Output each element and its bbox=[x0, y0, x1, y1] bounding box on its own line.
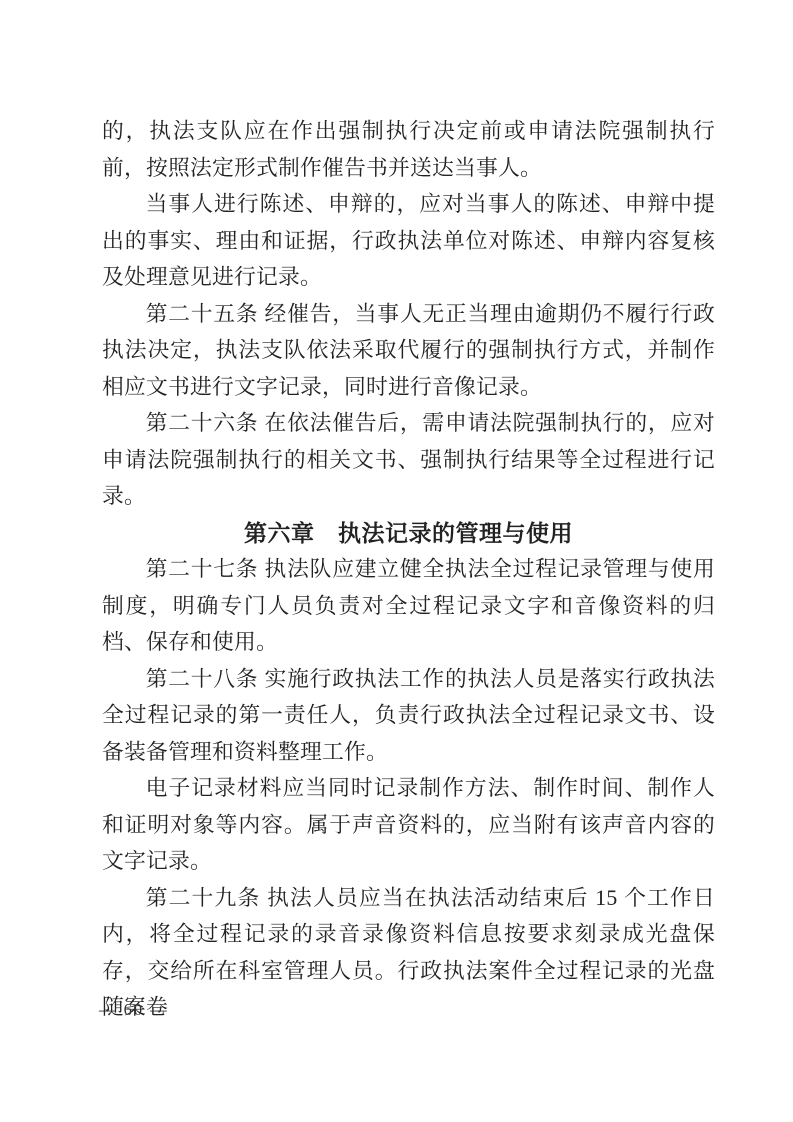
document-content: 的，执法支队应在作出强制执行决定前或申请法院强制执行前，按照法定形式制作催告书并… bbox=[102, 113, 715, 1026]
paragraph-continuation: 的，执法支队应在作出强制执行决定前或申请法院强制执行前，按照法定形式制作催告书并… bbox=[102, 113, 715, 186]
document-page: 的，执法支队应在作出强制执行决定前或申请法院强制执行前，按照法定形式制作催告书并… bbox=[0, 0, 793, 1122]
paragraph-article-27: 第二十七条 执法队应建立健全执法全过程记录管理与使用制度，明确专门人员负责对全过… bbox=[102, 551, 715, 661]
paragraph-article-25: 第二十五条 经催告，当事人无正当理由逾期仍不履行行政执法决定，执法支队依法采取代… bbox=[102, 296, 715, 406]
paragraph-electronic-records: 电子记录材料应当同时记录制作方法、制作时间、制作人和证明对象等内容。属于声音资料… bbox=[102, 770, 715, 880]
paragraph-article-28: 第二十八条 实施行政执法工作的执法人员是落实行政执法全过程记录的第一责任人，负责… bbox=[102, 661, 715, 771]
paragraph-statement-defense: 当事人进行陈述、申辩的，应对当事人的陈述、申辩中提出的事实、理由和证据，行政执法… bbox=[102, 186, 715, 296]
paragraph-article-26: 第二十六条 在依法催告后，需申请法院强制执行的，应对申请法院强制执行的相关文书、… bbox=[102, 405, 715, 515]
page-number: — 60 — bbox=[99, 1000, 169, 1020]
chapter-heading: 第六章 执法记录的管理与使用 bbox=[102, 515, 715, 552]
paragraph-article-29: 第二十九条 执法人员应当在执法活动结束后 15 个工作日内，将全过程记录的录音录… bbox=[102, 880, 715, 1026]
